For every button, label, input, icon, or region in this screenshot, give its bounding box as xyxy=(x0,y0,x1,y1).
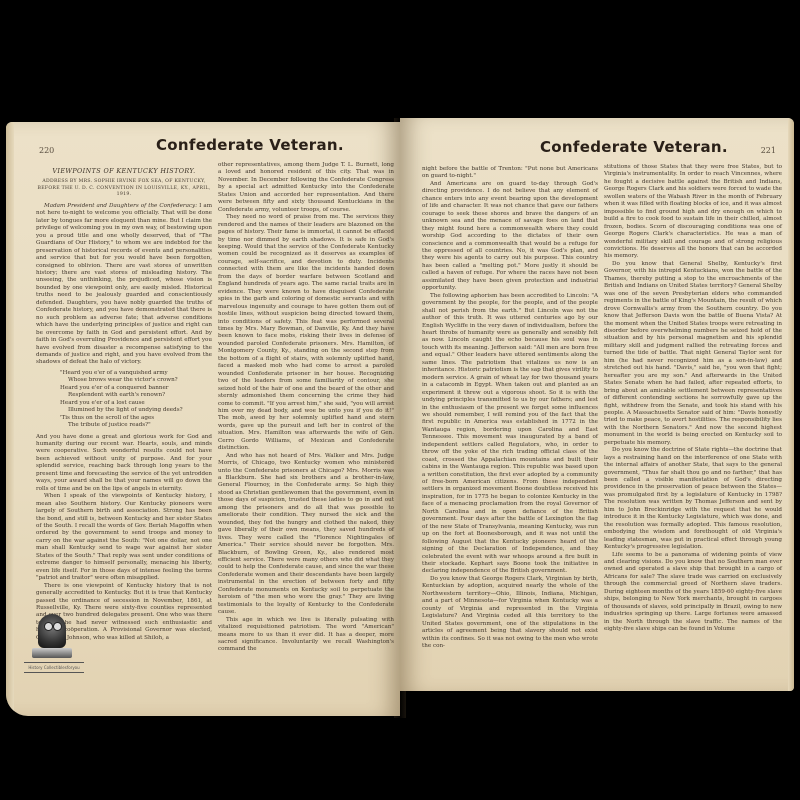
divider xyxy=(24,662,84,663)
paragraph: night before the battle of Trenton: "Put… xyxy=(422,166,598,181)
poem-line: "Heard you e'er of a vanquished army xyxy=(60,370,212,377)
paragraph: other representatives, among them Judge … xyxy=(218,162,394,214)
paragraph: They need no word of praise from me. The… xyxy=(218,214,394,453)
masthead-right: Confederate Veteran. xyxy=(540,138,728,156)
left-column-2: other representatives, among them Judge … xyxy=(218,162,394,654)
opening-paragraph: Madam President and Daughters of the Con… xyxy=(36,203,212,367)
paragraph: And you have done a great and glorious w… xyxy=(36,434,212,494)
paragraph: stitutions of those States that they wer… xyxy=(604,164,782,261)
poem-line: Heard you e'er of a conquered banner xyxy=(60,385,212,392)
paragraph: This age in which we live is literally p… xyxy=(218,617,394,654)
poem-line: Resplendent with earth's renown? xyxy=(60,392,212,399)
page-number-left: 220 xyxy=(39,146,54,155)
paragraph: Do you know the doctrine of State rights… xyxy=(604,447,782,551)
poem: "Heard you e'er of a vanquished army Who… xyxy=(60,370,212,430)
page-number-right: 221 xyxy=(761,146,776,155)
watermark-text: History Collectiblesforyou xyxy=(24,665,84,670)
watermark: History Collectiblesforyou xyxy=(24,614,84,675)
article-title: VIEWPOINTS OF KENTUCKY HISTORY. xyxy=(36,168,212,175)
paragraph: When I speak of the viewpoints of Kentuc… xyxy=(36,493,212,582)
owl-on-book-icon xyxy=(32,614,72,660)
left-column-1: VIEWPOINTS OF KENTUCKY HISTORY. ADDRESS … xyxy=(36,166,212,642)
poem-line: The tribute of justice reads?" xyxy=(60,422,212,429)
right-column-2: stitutions of those States that they wer… xyxy=(604,164,782,634)
paragraph: The following aphorism has been accredit… xyxy=(422,293,598,576)
divider xyxy=(24,672,84,673)
right-column-1: night before the battle of Trenton: "Put… xyxy=(422,166,598,650)
paragraph: And Americans are on guard to-day throug… xyxy=(422,181,598,293)
right-page: Confederate Veteran. 221 night before th… xyxy=(400,118,794,691)
article-subtitle: ADDRESS BY MRS. SOPHIE IRVINE FOX SEA, O… xyxy=(36,179,212,199)
paragraph: Life seems to be a panorama of widening … xyxy=(604,552,782,634)
poem-line: Heard you e'er of a lost cause xyxy=(60,400,212,407)
poem-line: Whose brows wear the victor's crown? xyxy=(60,377,212,384)
paragraph: And who has not heard of Mrs. Walker and… xyxy=(218,453,394,617)
magazine-spread: 220 Confederate Veteran. VIEWPOINTS OF K… xyxy=(0,0,800,800)
poem-line: 'Tis thus on the scroll of the ages xyxy=(60,415,212,422)
poem-line: Illumined by the light of undying deeds? xyxy=(60,407,212,414)
masthead-left: Confederate Veteran. xyxy=(156,136,344,154)
paragraph: Do you know that George Rogers Clark, Vi… xyxy=(422,576,598,651)
salutation: Madam President and Daughters of the Con… xyxy=(44,203,197,209)
paragraph: Do you know that General Shelby, Kentuck… xyxy=(604,261,782,447)
